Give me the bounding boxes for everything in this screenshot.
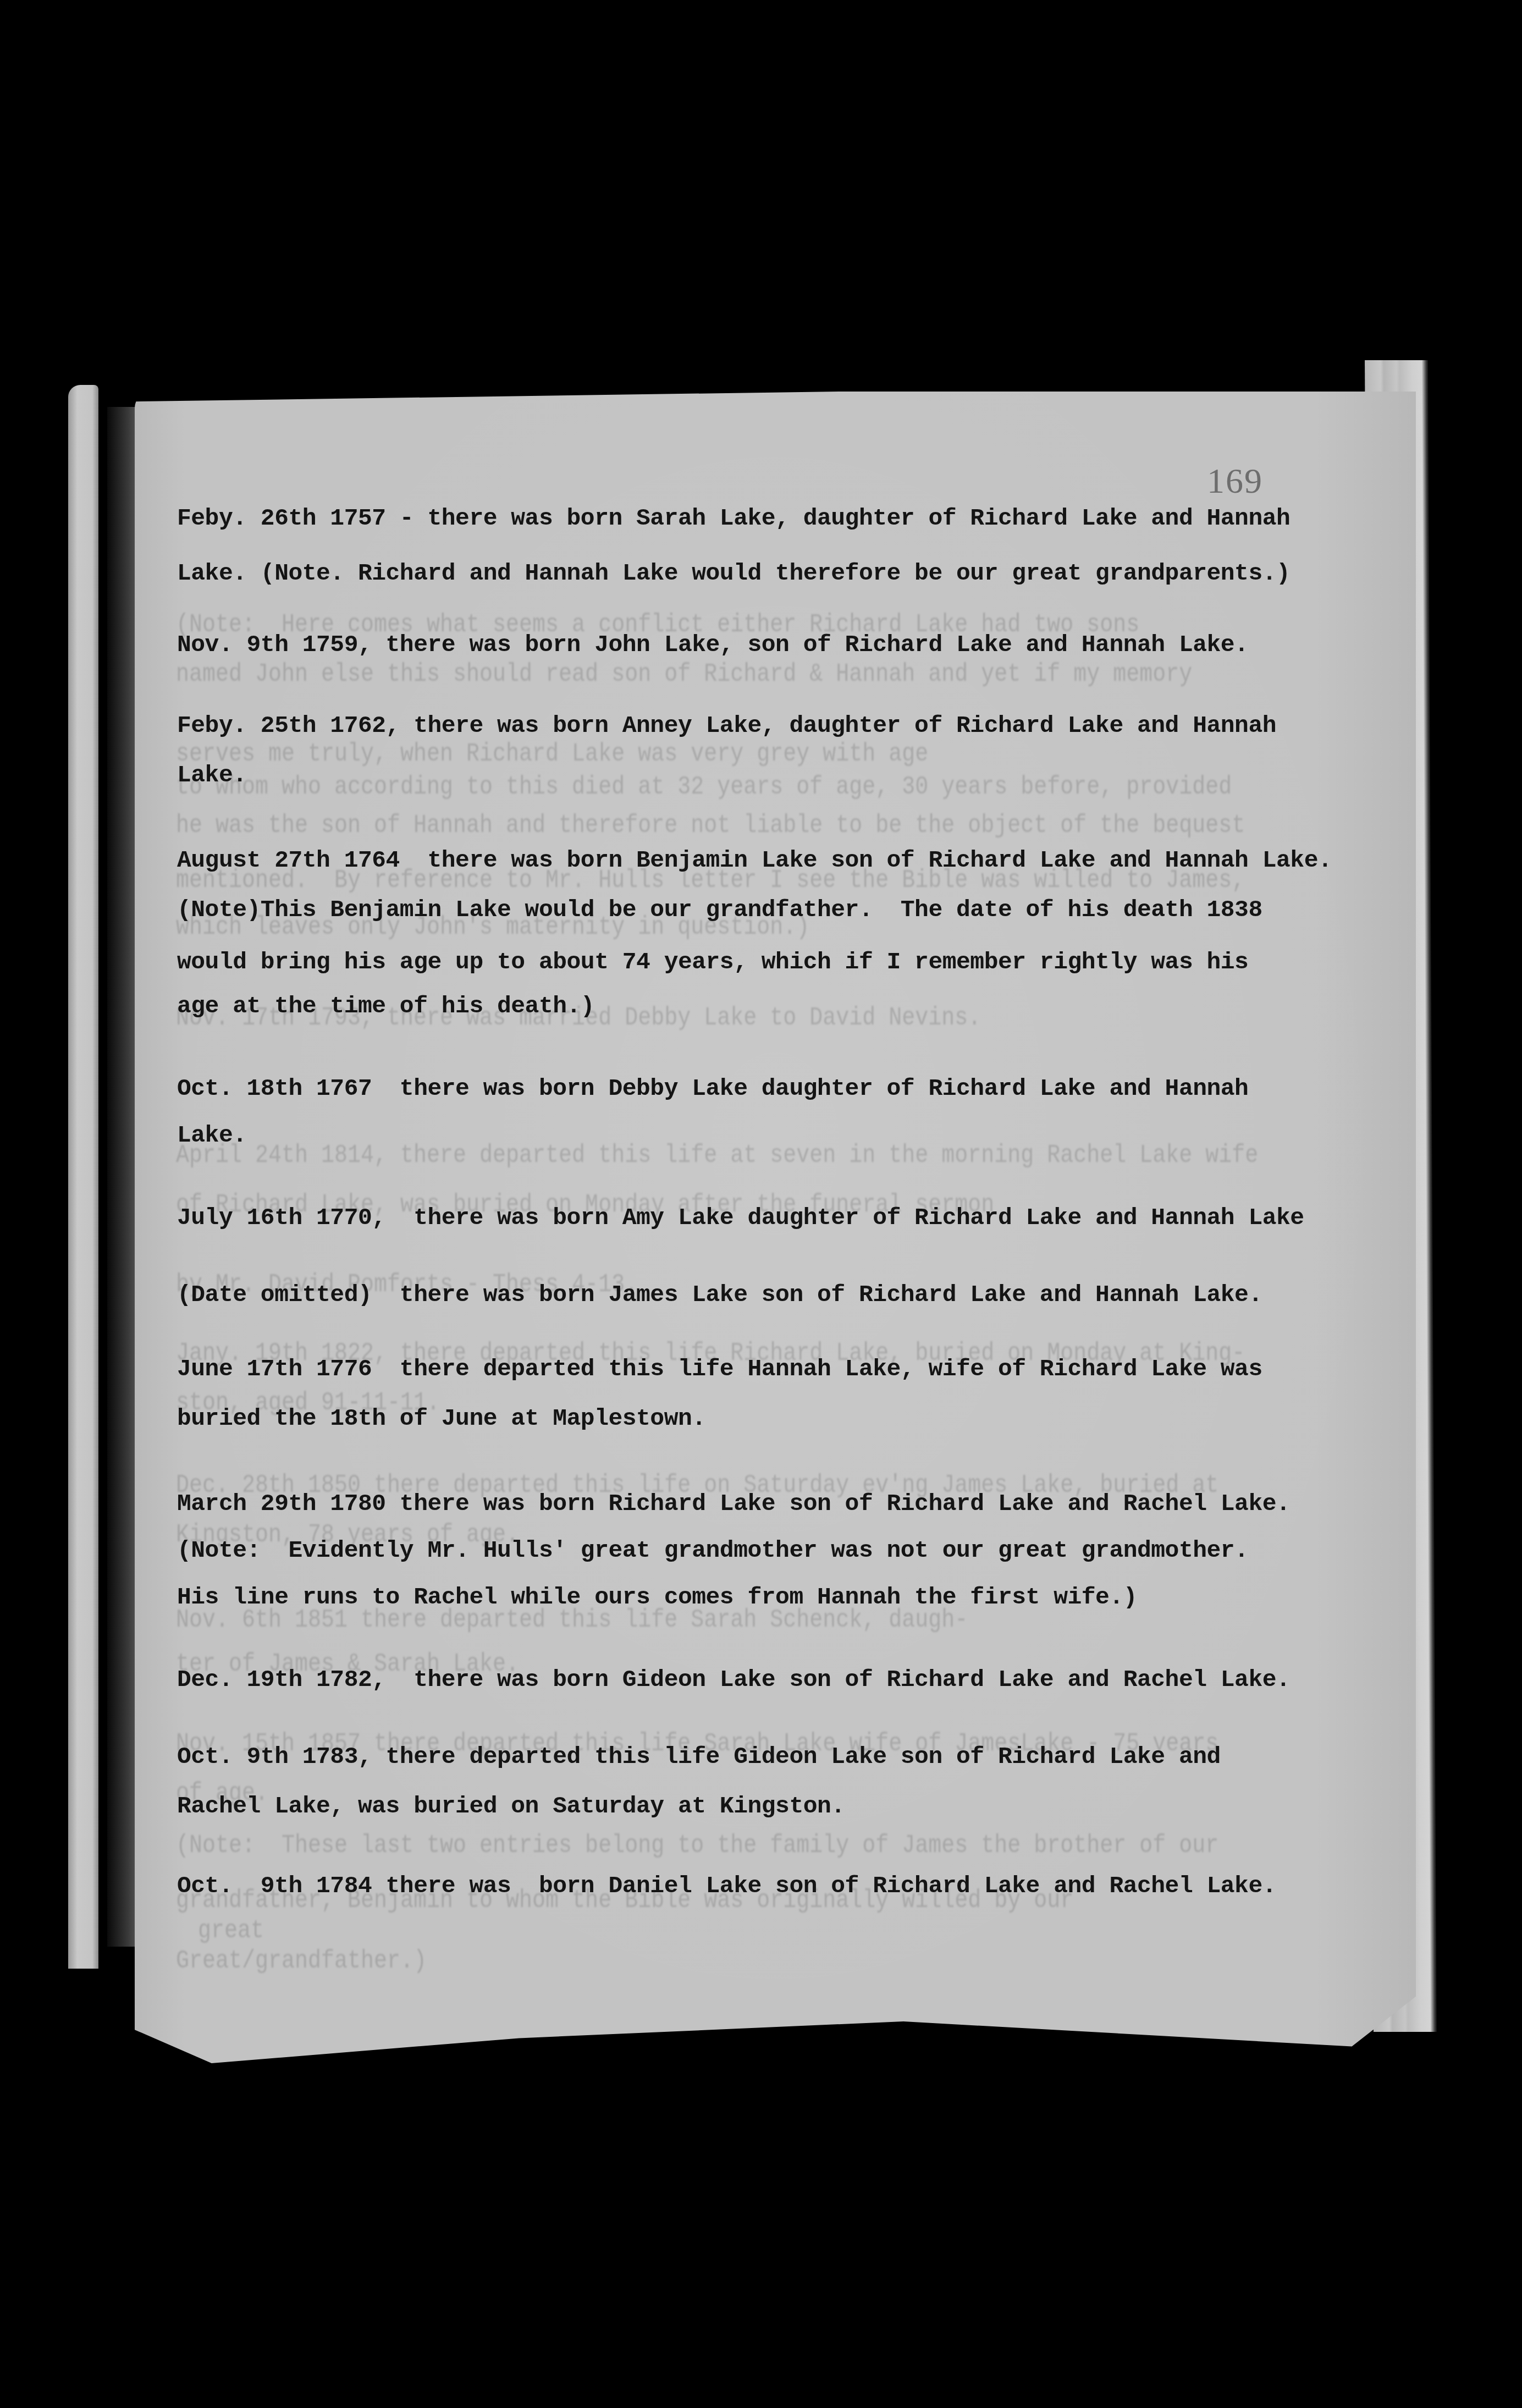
text-line: March 29th 1780 there was born Richard L…	[177, 1490, 1290, 1517]
bleed-through-line: April 24th 1814, there departed this lif…	[176, 1142, 1258, 1171]
text-line: August 27th 1764 there was born Benjamin…	[177, 847, 1332, 874]
bleed-through-line: named John else this should read son of …	[176, 661, 1192, 690]
text-line: age at the time of his death.)	[177, 993, 594, 1020]
text-line: His line runs to Rachel while ours comes…	[177, 1584, 1137, 1611]
text-line: Feby. 25th 1762, there was born Anney La…	[177, 712, 1276, 739]
text-line: (Date omitted) there was born James Lake…	[177, 1281, 1262, 1308]
text-line: Rachel Lake, was buried on Saturday at K…	[177, 1793, 845, 1820]
bleed-through-line: serves me truly, when Richard Lake was v…	[176, 741, 928, 769]
text-line: Nov. 9th 1759, there was born John Lake,…	[177, 631, 1248, 658]
text-line: Lake. (Note. Richard and Hannah Lake wou…	[177, 560, 1290, 587]
text-line: June 17th 1776 there departed this life …	[177, 1355, 1262, 1382]
text-line: Oct. 18th 1767 there was born Debby Lake…	[177, 1075, 1248, 1102]
bleed-through-line: (Note: These last two entries belong to …	[176, 1832, 1218, 1861]
text-line: (Note: Evidently Mr. Hulls' great grandm…	[177, 1537, 1248, 1564]
text-line: (Note)This Benjamin Lake would be our gr…	[177, 896, 1262, 923]
text-line: Oct. 9th 1784 there was born Daniel Lake…	[177, 1872, 1276, 1899]
text-line: Lake.	[177, 762, 247, 789]
text-line: Feby. 26th 1757 - there was born Sarah L…	[177, 505, 1290, 532]
bleed-through-line: he was the son of Hannah and therefore n…	[176, 812, 1245, 841]
bleed-through-line: Great/grandfather.)	[176, 1948, 427, 1976]
text-line: buried the 18th of June at Maplestown.	[177, 1405, 706, 1432]
page-number: 169	[1207, 461, 1263, 502]
bleed-through-line: great	[198, 1917, 264, 1946]
bleed-through-line: to whom who according to this died at 32…	[176, 774, 1232, 802]
text-line: would bring his age up to about 74 years…	[177, 949, 1248, 976]
bleed-through-line: Nov. 6th 1851 there departed this life S…	[176, 1607, 968, 1635]
book-gutter-shadow	[107, 407, 137, 1947]
text-line: July 16th 1770, there was born Amy Lake …	[177, 1204, 1304, 1231]
adjacent-page-edge	[68, 385, 98, 1969]
text-line: Dec. 19th 1782, there was born Gideon La…	[177, 1666, 1290, 1693]
text-line: Oct. 9th 1783, there departed this life …	[177, 1743, 1221, 1770]
text-line: Lake.	[177, 1122, 247, 1149]
